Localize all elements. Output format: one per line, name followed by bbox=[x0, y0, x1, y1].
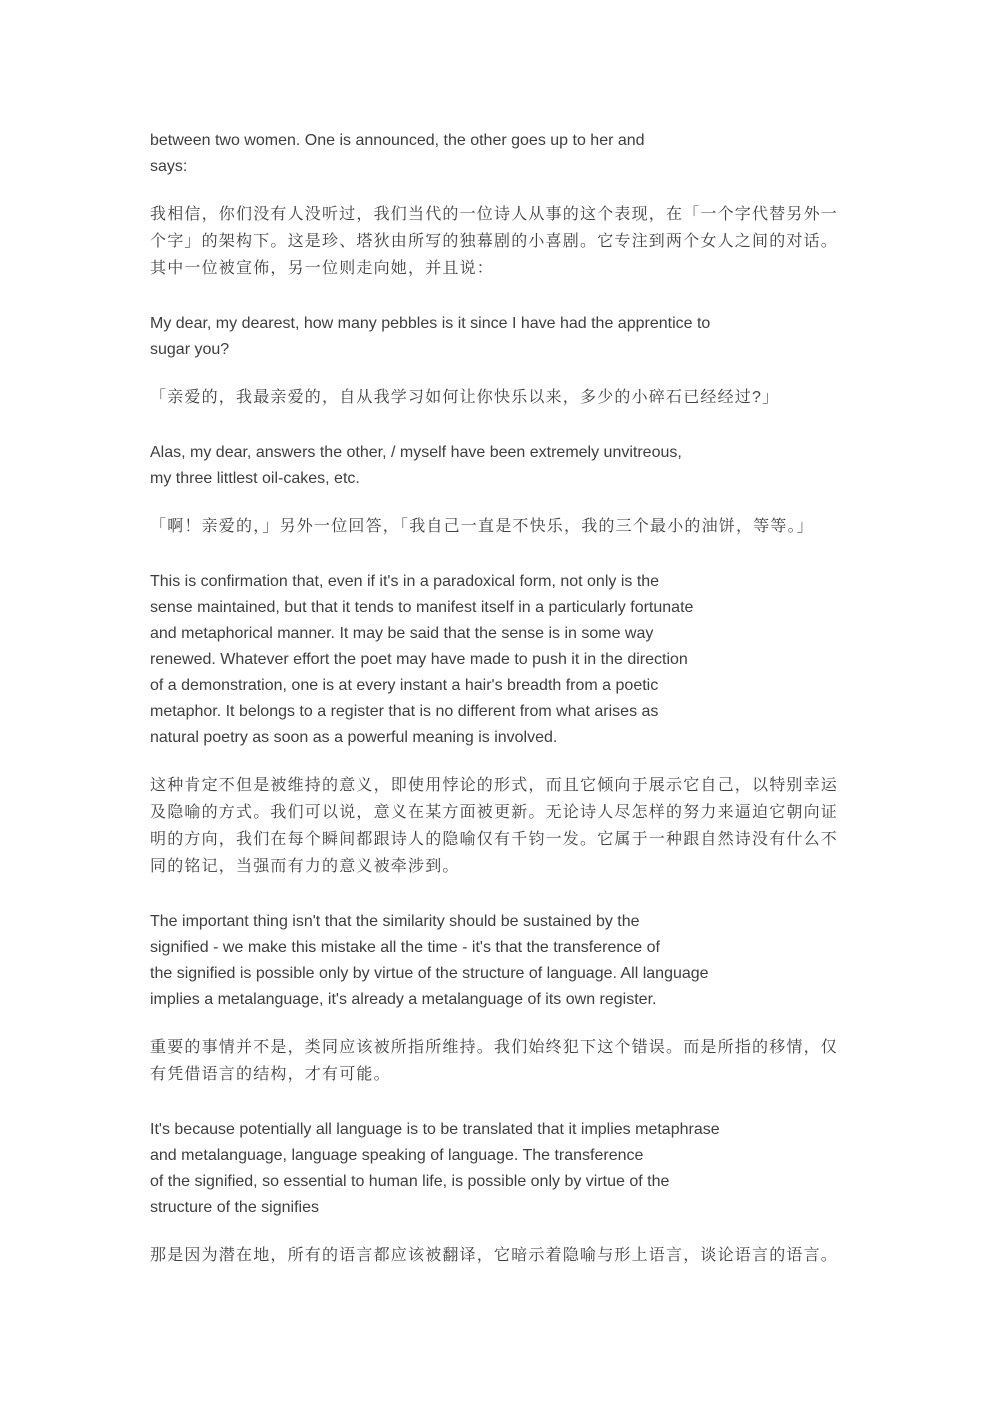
paragraph-zh-6: 那是因为潜在地，所有的语言都应该被翻译，它暗示着隐喻与形上语言，谈论语言的语言。 bbox=[150, 1242, 854, 1269]
document-page: between two women. One is announced, the… bbox=[0, 0, 992, 1403]
paragraph-en-2: My dear, my dearest, how many pebbles is… bbox=[150, 311, 854, 363]
text-content: between two women. One is announced, the… bbox=[150, 128, 854, 1298]
paragraph-zh-5: 重要的事情并不是，类同应该被所指所维持。我们始终犯下这个错误。而是所指的移情，仅… bbox=[150, 1034, 854, 1088]
paragraph-zh-3: 「啊！亲爱的，」另外一位回答，「我自己一直是不快乐，我的三个最小的油饼，等等。」 bbox=[150, 513, 854, 540]
paragraph-en-4: This is confirmation that, even if it's … bbox=[150, 569, 854, 751]
paragraph-en-6: It's because potentially all language is… bbox=[150, 1117, 854, 1221]
paragraph-en-1: between two women. One is announced, the… bbox=[150, 128, 854, 180]
paragraph-zh-4: 这种肯定不但是被维持的意义，即使用悖论的形式，而且它倾向于展示它自己，以特别幸运… bbox=[150, 772, 854, 880]
paragraph-zh-2: 「亲爱的，我最亲爱的，自从我学习如何让你快乐以来，多少的小碎石已经经过?」 bbox=[150, 384, 854, 411]
paragraph-en-3: Alas, my dear, answers the other, / myse… bbox=[150, 440, 854, 492]
paragraph-en-5: The important thing isn't that the simil… bbox=[150, 909, 854, 1013]
paragraph-zh-1: 我相信，你们没有人没听过，我们当代的一位诗人从事的这个表现，在「一个字代替另外一… bbox=[150, 201, 854, 282]
